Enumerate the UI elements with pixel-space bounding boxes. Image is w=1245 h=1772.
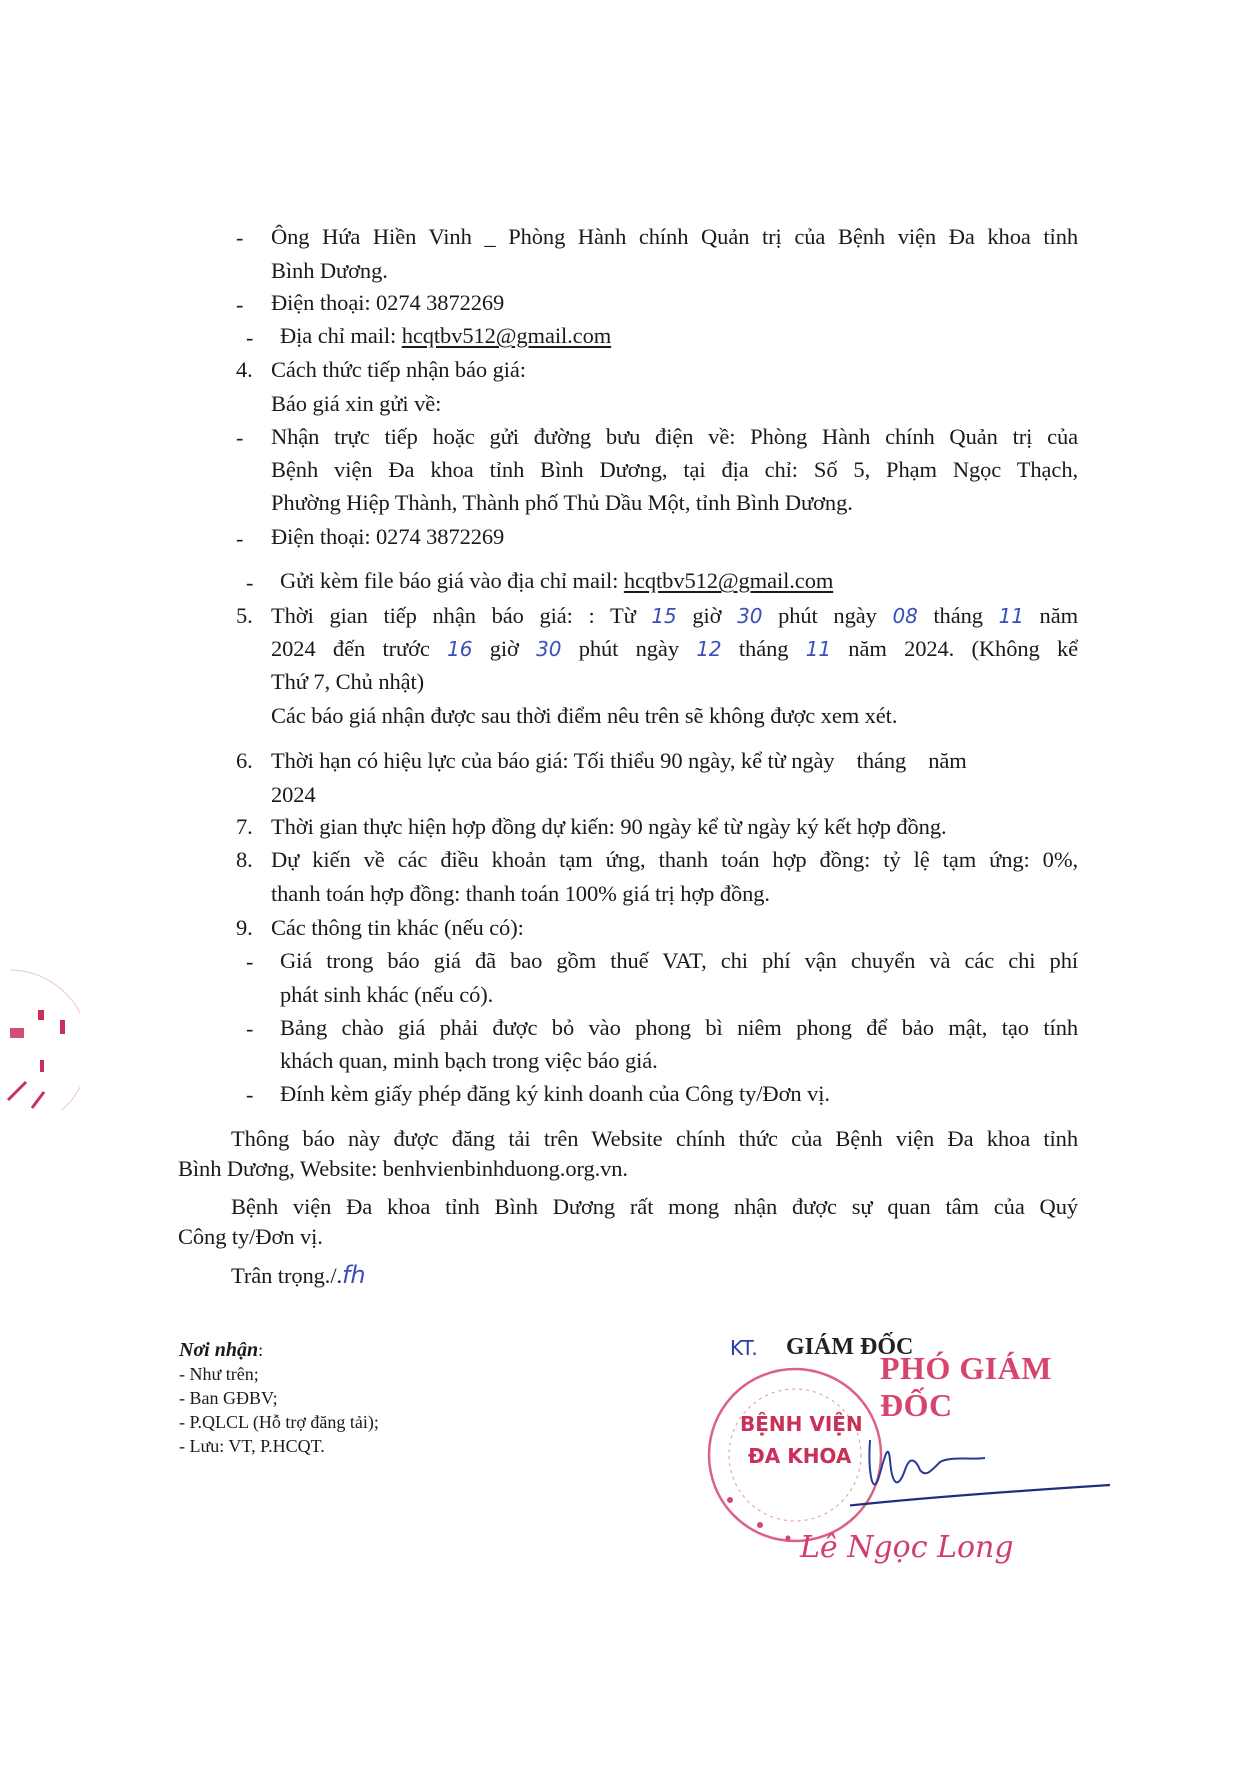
section4-phone: Điện thoại: 0274 3872269	[271, 522, 504, 552]
from-minute: 30	[737, 604, 762, 628]
recipient-item: - P.QLCL (Hỗ trợ đăng tải);	[179, 1410, 379, 1434]
bullet: -	[236, 290, 243, 320]
text: năm 2024. (Không kể	[831, 636, 1078, 661]
section9-item3: Đính kèm giấy phép đăng ký kinh doanh củ…	[280, 1079, 830, 1109]
text: giờ	[677, 603, 738, 628]
bullet: -	[236, 423, 243, 453]
bullet: -	[246, 947, 253, 977]
contact-person-line1: Ông Hứa Hiền Vinh _ Phòng Hành chính Quả…	[271, 222, 1078, 252]
partial-stamp-icon	[0, 960, 80, 1120]
text: Thời gian tiếp nhận báo giá: : Từ	[271, 603, 651, 628]
bullet: -	[236, 223, 243, 253]
section4-delivery-line3: Phường Hiệp Thành, Thành phố Thủ Dầu Một…	[271, 488, 853, 518]
section4-attach-line: Gửi kèm file báo giá vào địa chỉ mail: h…	[280, 566, 833, 596]
section4-title: Cách thức tiếp nhận báo giá:	[271, 355, 526, 385]
text: phút ngày	[762, 603, 892, 628]
text: tháng	[918, 603, 999, 628]
section9-item2-line2: khách quan, minh bạch trong việc báo giá…	[280, 1046, 658, 1076]
to-month: 11	[806, 637, 831, 661]
closing-para2-line1: Bệnh viện Đa khoa tỉnh Bình Dương rất mo…	[231, 1192, 1078, 1222]
from-month: 11	[999, 604, 1024, 628]
section7-text: Thời gian thực hiện hợp đồng dự kiến: 90…	[271, 812, 947, 842]
bullet: -	[246, 568, 253, 598]
text: năm	[1024, 603, 1078, 628]
section6-number: 6.	[236, 746, 253, 776]
section4-delivery-line2: Bệnh viện Đa khoa tỉnh Bình Dương, tại đ…	[271, 455, 1078, 485]
recipient-item: - Như trên;	[179, 1362, 379, 1386]
contact-person-line2: Bình Dương.	[271, 256, 388, 286]
section5-line3: Thứ 7, Chủ nhật)	[271, 667, 424, 697]
bullet: -	[246, 1014, 253, 1044]
to-day: 12	[696, 637, 721, 661]
recipient-item: - Ban GĐBV;	[179, 1386, 379, 1410]
section8-line1: Dự kiến về các điều khoản tạm ứng, thanh…	[271, 845, 1078, 875]
to-hour: 16	[447, 637, 472, 661]
contact-email-line: Địa chỉ mail: hcqtbv512@gmail.com	[280, 321, 611, 351]
section5-line2: 2024 đến trước 16 giờ 30 phút ngày 12 th…	[271, 634, 1078, 664]
section5-number: 5.	[236, 601, 253, 631]
contact-email-link[interactable]: hcqtbv512@gmail.com	[402, 323, 611, 348]
text: 2024 đến trước	[271, 636, 447, 661]
regards-text: Trân trọng./.	[231, 1263, 342, 1288]
signature-block: BỆNH VIỆN ĐA KHOA KT. GIÁM ĐỐC PHÓ GIÁM …	[700, 1330, 1120, 1590]
text: tháng	[722, 636, 806, 661]
recipients-colon: :	[258, 1340, 263, 1360]
closing-para2-line2: Công ty/Đơn vị.	[178, 1222, 323, 1252]
section6-line1: Thời hạn có hiệu lực của báo giá: Tối th…	[271, 746, 1078, 776]
from-hour: 15	[651, 604, 676, 628]
bullet: -	[236, 524, 243, 554]
section4-delivery-line1: Nhận trực tiếp hoặc gửi đường bưu điện v…	[271, 422, 1078, 452]
stamp-text-line1: BỆNH VIỆN	[740, 1412, 863, 1436]
section4-attach-email-link[interactable]: hcqtbv512@gmail.com	[624, 568, 833, 593]
section8-line2: thanh toán hợp đồng: thanh toán 100% giá…	[271, 879, 770, 909]
section7-number: 7.	[236, 812, 253, 842]
signer-name: Lê Ngọc Long	[800, 1530, 1014, 1565]
closing-para1-line2: Bình Dương, Website: benhvienbinhduong.o…	[178, 1154, 628, 1184]
bullet: -	[246, 1080, 253, 1110]
section5-note: Các báo giá nhận được sau thời điểm nêu …	[271, 701, 897, 731]
contact-phone: Điện thoại: 0274 3872269	[271, 288, 504, 318]
text: giờ	[472, 636, 536, 661]
initials-handwritten: fh	[342, 1261, 365, 1289]
text: phút ngày	[561, 636, 696, 661]
handwritten-signature-icon	[850, 1400, 1130, 1520]
to-minute: 30	[536, 637, 561, 661]
section9-item2-line1: Bảng chào giá phải được bỏ vào phong bì …	[280, 1013, 1078, 1043]
section4-intro: Báo giá xin gửi về:	[271, 389, 441, 419]
section9-item1-line1: Giá trong báo giá đã bao gồm thuế VAT, c…	[280, 946, 1078, 976]
section6-line2: 2024	[271, 780, 316, 810]
stamp-text-line2: ĐA KHOA	[748, 1444, 851, 1468]
bullet: -	[246, 323, 253, 353]
recipients-block: Nơi nhận: - Như trên; - Ban GĐBV; - P.QL…	[179, 1338, 379, 1458]
section4-attach-label: Gửi kèm file báo giá vào địa chỉ mail:	[280, 568, 624, 593]
closing-regards: Trân trọng./.fh	[231, 1260, 365, 1291]
recipients-title: Nơi nhận	[179, 1339, 258, 1361]
section4-number: 4.	[236, 355, 253, 385]
section9-number: 9.	[236, 913, 253, 943]
from-day: 08	[892, 604, 917, 628]
section5-line1: Thời gian tiếp nhận báo giá: : Từ 15 giờ…	[271, 601, 1078, 631]
recipient-item: - Lưu: VT, P.HCQT.	[179, 1434, 379, 1458]
closing-para1-line1: Thông báo này được đăng tải trên Website…	[231, 1124, 1078, 1154]
section9-item1-line2: phát sinh khác (nếu có).	[280, 980, 493, 1010]
kt-handwritten: KT.	[730, 1336, 758, 1360]
section9-title: Các thông tin khác (nếu có):	[271, 913, 524, 943]
contact-email-label: Địa chỉ mail:	[280, 323, 402, 348]
section8-number: 8.	[236, 845, 253, 875]
